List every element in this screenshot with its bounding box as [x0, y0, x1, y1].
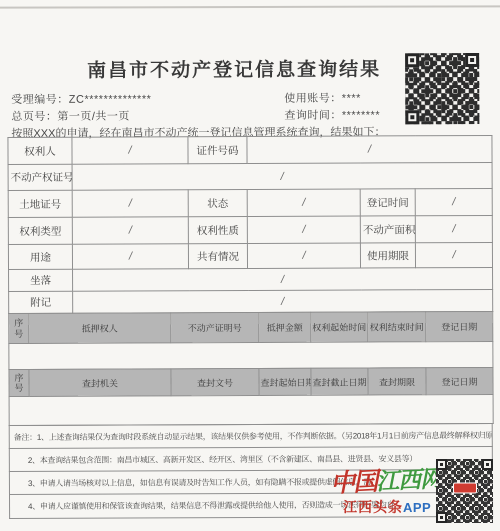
- accept-number-value: ZC**************: [69, 93, 152, 105]
- jiangxi-toutiao-app-label: 江西头条APP: [343, 497, 431, 517]
- field-label: 不动产权证号: [8, 164, 72, 190]
- field-label: 不动产面积: [360, 216, 415, 243]
- app-download-qr-code: [436, 459, 493, 523]
- column-header: 登记日期: [426, 311, 493, 341]
- usage-account-label: 使用账号：: [284, 93, 342, 105]
- field-label: 共有情况: [188, 244, 247, 269]
- query-result-qr-code: [405, 53, 479, 124]
- page-number-label: 总页号：: [11, 111, 57, 123]
- field-label: 证件号码: [188, 137, 247, 164]
- column-header: 查封期限: [368, 368, 426, 395]
- logo-text-green: 江西网: [375, 465, 442, 494]
- remark-text: 备注：1、上述查询结果仅为查询时段系统自动显示结果，该结果仅供参考使用，不作判断…: [9, 423, 492, 448]
- field-value: /: [72, 162, 492, 190]
- field-value: /: [415, 188, 492, 215]
- scanned-document: 南昌市不动产登记信息查询结果 受理编号：ZC************** 使用账…: [0, 0, 500, 531]
- field-value: /: [415, 215, 492, 242]
- qr-finder-icon: [482, 459, 493, 470]
- column-header: 查封截止日期: [311, 368, 368, 395]
- field-value: /: [72, 137, 188, 165]
- remark-item: 备注：1、上述查询结果仅为查询时段系统自动显示结果，该结果仅供参考使用，不作判断…: [9, 423, 492, 448]
- qr-finder-icon: [465, 53, 479, 67]
- field-value: /: [247, 243, 360, 268]
- column-header: 抵押金额: [259, 312, 311, 342]
- column-header: 查封机关: [29, 369, 171, 397]
- field-label: 登记时间: [360, 189, 415, 216]
- field-label: 权利性质: [188, 217, 247, 244]
- field-value: /: [247, 216, 360, 243]
- seizure-table: 序号 查封机关 查封文号 查封起始日期 查封截止日期 查封期限 登记日期: [8, 367, 493, 426]
- column-header: 抵押权人: [29, 313, 171, 344]
- qr-finder-icon: [405, 110, 419, 124]
- field-label: 权利类型: [8, 217, 72, 244]
- field-value: /: [73, 267, 493, 291]
- column-header: 查封文号: [171, 368, 259, 395]
- field-label: 附记: [9, 291, 73, 313]
- field-label: 坐落: [9, 269, 73, 291]
- column-header: 权利结束时间: [368, 312, 426, 342]
- table-row: 不动产权证号 /: [8, 162, 492, 190]
- field-label: 权利人: [8, 137, 72, 164]
- app-name-text: 江西头条: [343, 499, 403, 515]
- logo-text-red: 中国: [329, 468, 376, 498]
- table-row: 附记 /: [9, 289, 493, 313]
- usage-account-field: 使用账号：****: [284, 90, 361, 106]
- field-value: /: [72, 190, 188, 218]
- property-info-table: 权利人 / 证件号码 / 不动产权证号 / 土地证号 / 状态 / 登记时间 /…: [7, 135, 493, 314]
- china-jiangxi-net-logo: 中国江西网: [329, 458, 446, 500]
- table-row: 权利类型 / 权利性质 / 不动产面积 /: [8, 215, 492, 244]
- column-header: 权利起始时间: [311, 312, 368, 342]
- table-row: 坐落 /: [9, 267, 493, 291]
- qr-finder-icon: [436, 459, 447, 470]
- field-label: 使用期限: [360, 243, 415, 268]
- column-header: 登记日期: [426, 367, 493, 394]
- table-row: 土地证号 / 状态 / 登记时间 /: [8, 188, 492, 217]
- query-time-label: 查询时间：: [284, 110, 342, 122]
- accept-number-field: 受理编号：ZC**************: [11, 90, 151, 107]
- qr-finder-icon: [405, 53, 419, 67]
- qr-center-badge: [453, 482, 477, 493]
- empty-data-row: [9, 394, 493, 425]
- field-label: 状态: [188, 190, 247, 217]
- app-suffix-text: APP: [403, 500, 431, 515]
- seizure-header-row: 序号 查封机关 查封文号 查封起始日期 查封截止日期 查封期限 登记日期: [9, 367, 493, 396]
- column-header: 不动产证明号: [171, 312, 259, 342]
- column-header: 序号: [9, 313, 29, 343]
- usage-account-value: ****: [342, 93, 361, 105]
- field-value: /: [72, 217, 188, 245]
- query-time-value: ********: [342, 109, 380, 121]
- query-time-field: 查询时间：********: [284, 106, 380, 122]
- field-value: /: [415, 242, 492, 267]
- column-header: 序号: [9, 369, 29, 396]
- field-label: 用途: [8, 244, 72, 269]
- mortgage-table: 序号 抵押权人 不动产证明号 抵押金额 权利起始时间 权利结束时间 登记日期: [8, 311, 493, 370]
- page-number-value: 第一页/共一页: [57, 111, 130, 123]
- field-value: /: [72, 244, 188, 270]
- page-number-field: 总页号：第一页/共一页: [11, 108, 130, 125]
- empty-cell: [9, 394, 493, 425]
- field-value: /: [247, 135, 492, 163]
- column-header: 查封起始日期: [259, 368, 311, 395]
- field-label: 土地证号: [8, 190, 72, 217]
- mortgage-header-row: 序号 抵押权人 不动产证明号 抵押金额 权利起始时间 权利结束时间 登记日期: [9, 311, 493, 343]
- page-title: 南昌市不动产登记信息查询结果: [69, 54, 399, 82]
- table-row: 用途 / 共有情况 / 使用期限 /: [8, 242, 492, 269]
- field-value: /: [247, 189, 360, 216]
- field-value: /: [73, 289, 493, 313]
- empty-data-row: [9, 341, 493, 369]
- table-row: 权利人 / 证件号码 /: [8, 135, 492, 164]
- empty-cell: [9, 341, 493, 369]
- accept-number-label: 受理编号：: [11, 94, 69, 106]
- qr-finder-icon: [436, 512, 447, 523]
